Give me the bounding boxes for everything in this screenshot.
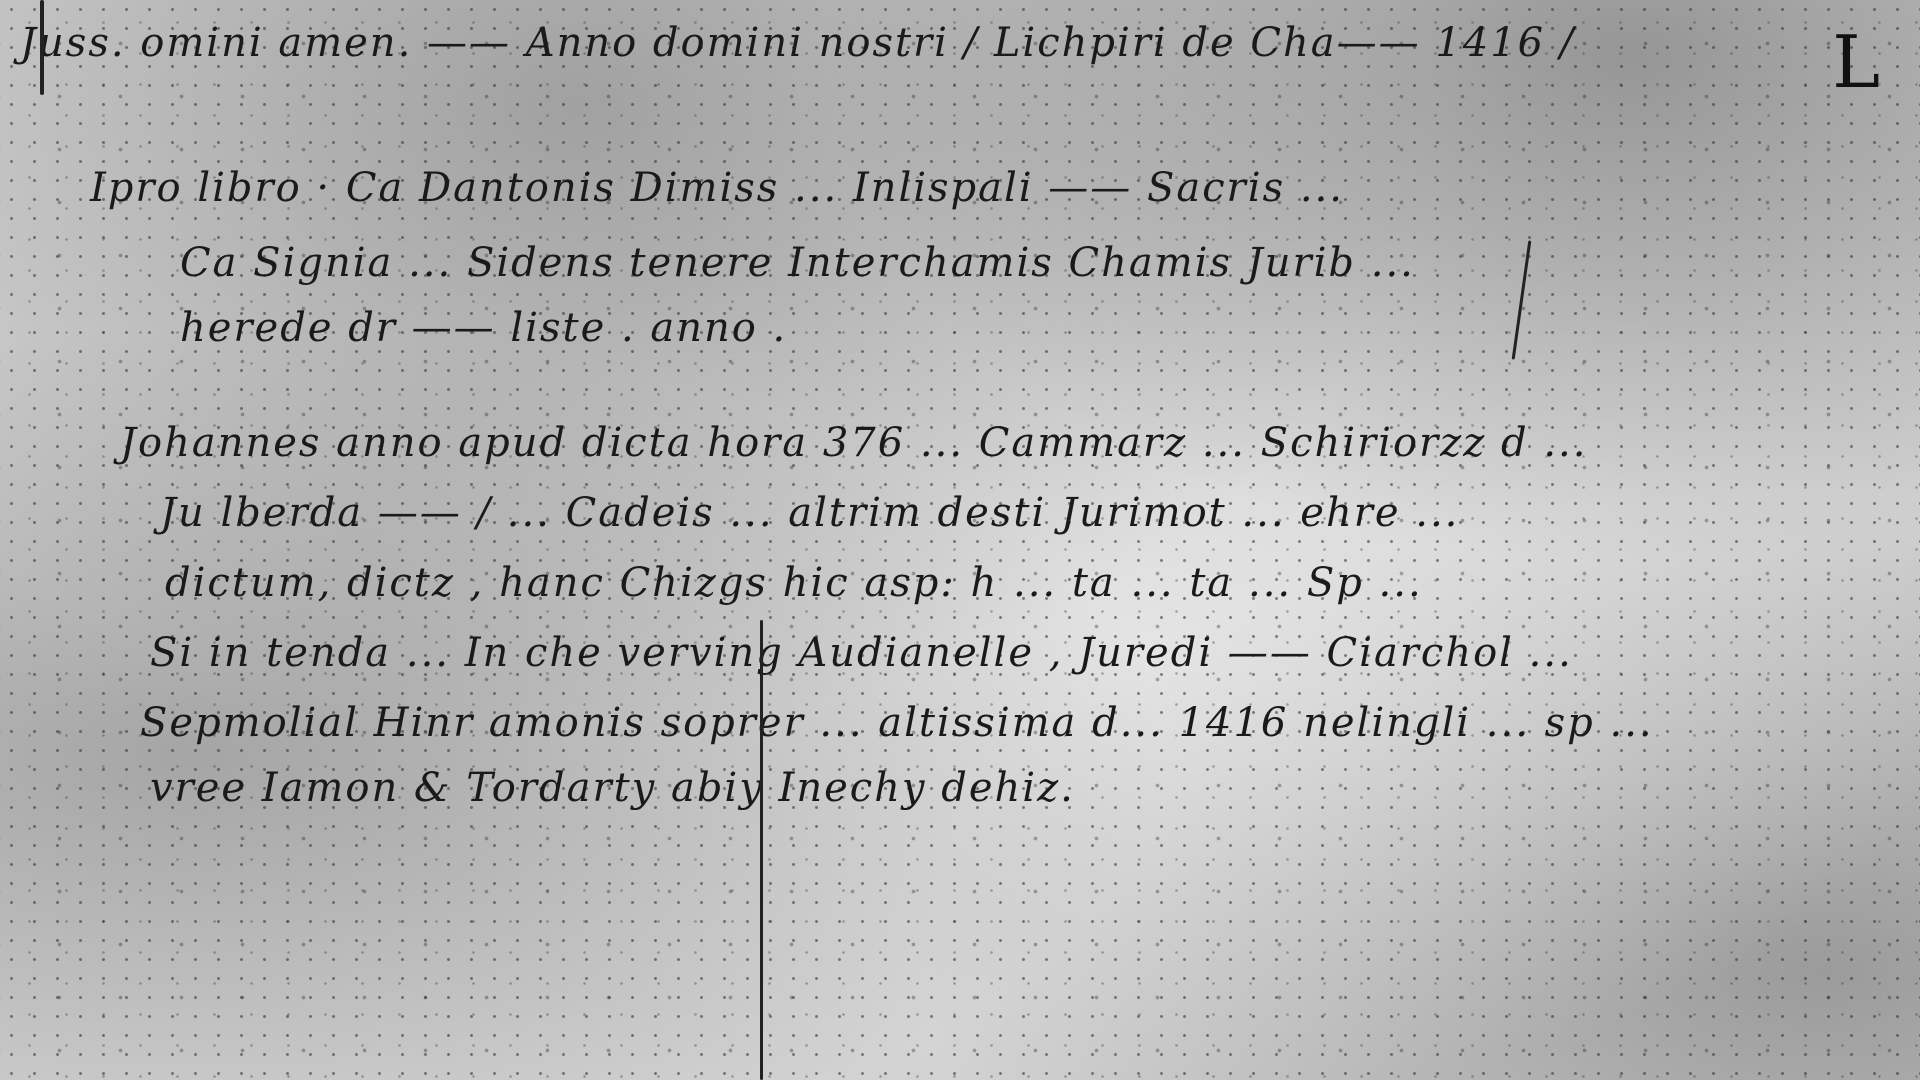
vertical-rule-stroke xyxy=(760,620,763,1080)
entry2-line6: vree Iamon & Tordarty abiy Inechy dehiz. xyxy=(150,765,1075,811)
margin-flourish-stroke xyxy=(1512,240,1532,359)
entry2-line5: Sepmolial Hinr amonis soprer ... altissi… xyxy=(140,700,1654,746)
paper-texture xyxy=(0,0,1920,1080)
entry2-line1: Johannes anno apud dicta hora 376 ... Ca… xyxy=(120,420,1588,466)
entry2-line4: Si in tenda ... In che verving Audianell… xyxy=(150,630,1573,676)
entry2-line2: Ju lberda —— / ... Cadeis ... altrim des… xyxy=(160,490,1459,536)
manuscript-page: Juss. omini amen. —— Anno domini nostri … xyxy=(0,0,1920,1080)
entry1-line2: Ca Signia ... Sidens tenere Interchamis … xyxy=(180,240,1415,286)
entry2-line3: dictum, dictz , hanc Chizgs hic asp: h .… xyxy=(165,560,1423,606)
ascender-stroke xyxy=(40,0,44,95)
folio-mark: L xyxy=(1832,20,1880,104)
entry1-line1: Ipro libro · Ca Dantonis Dimiss ... Inli… xyxy=(90,165,1344,211)
entry1-line3: herede dr —— liste . anno . xyxy=(180,305,787,351)
header-line: Juss. omini amen. —— Anno domini nostri … xyxy=(20,20,1575,66)
